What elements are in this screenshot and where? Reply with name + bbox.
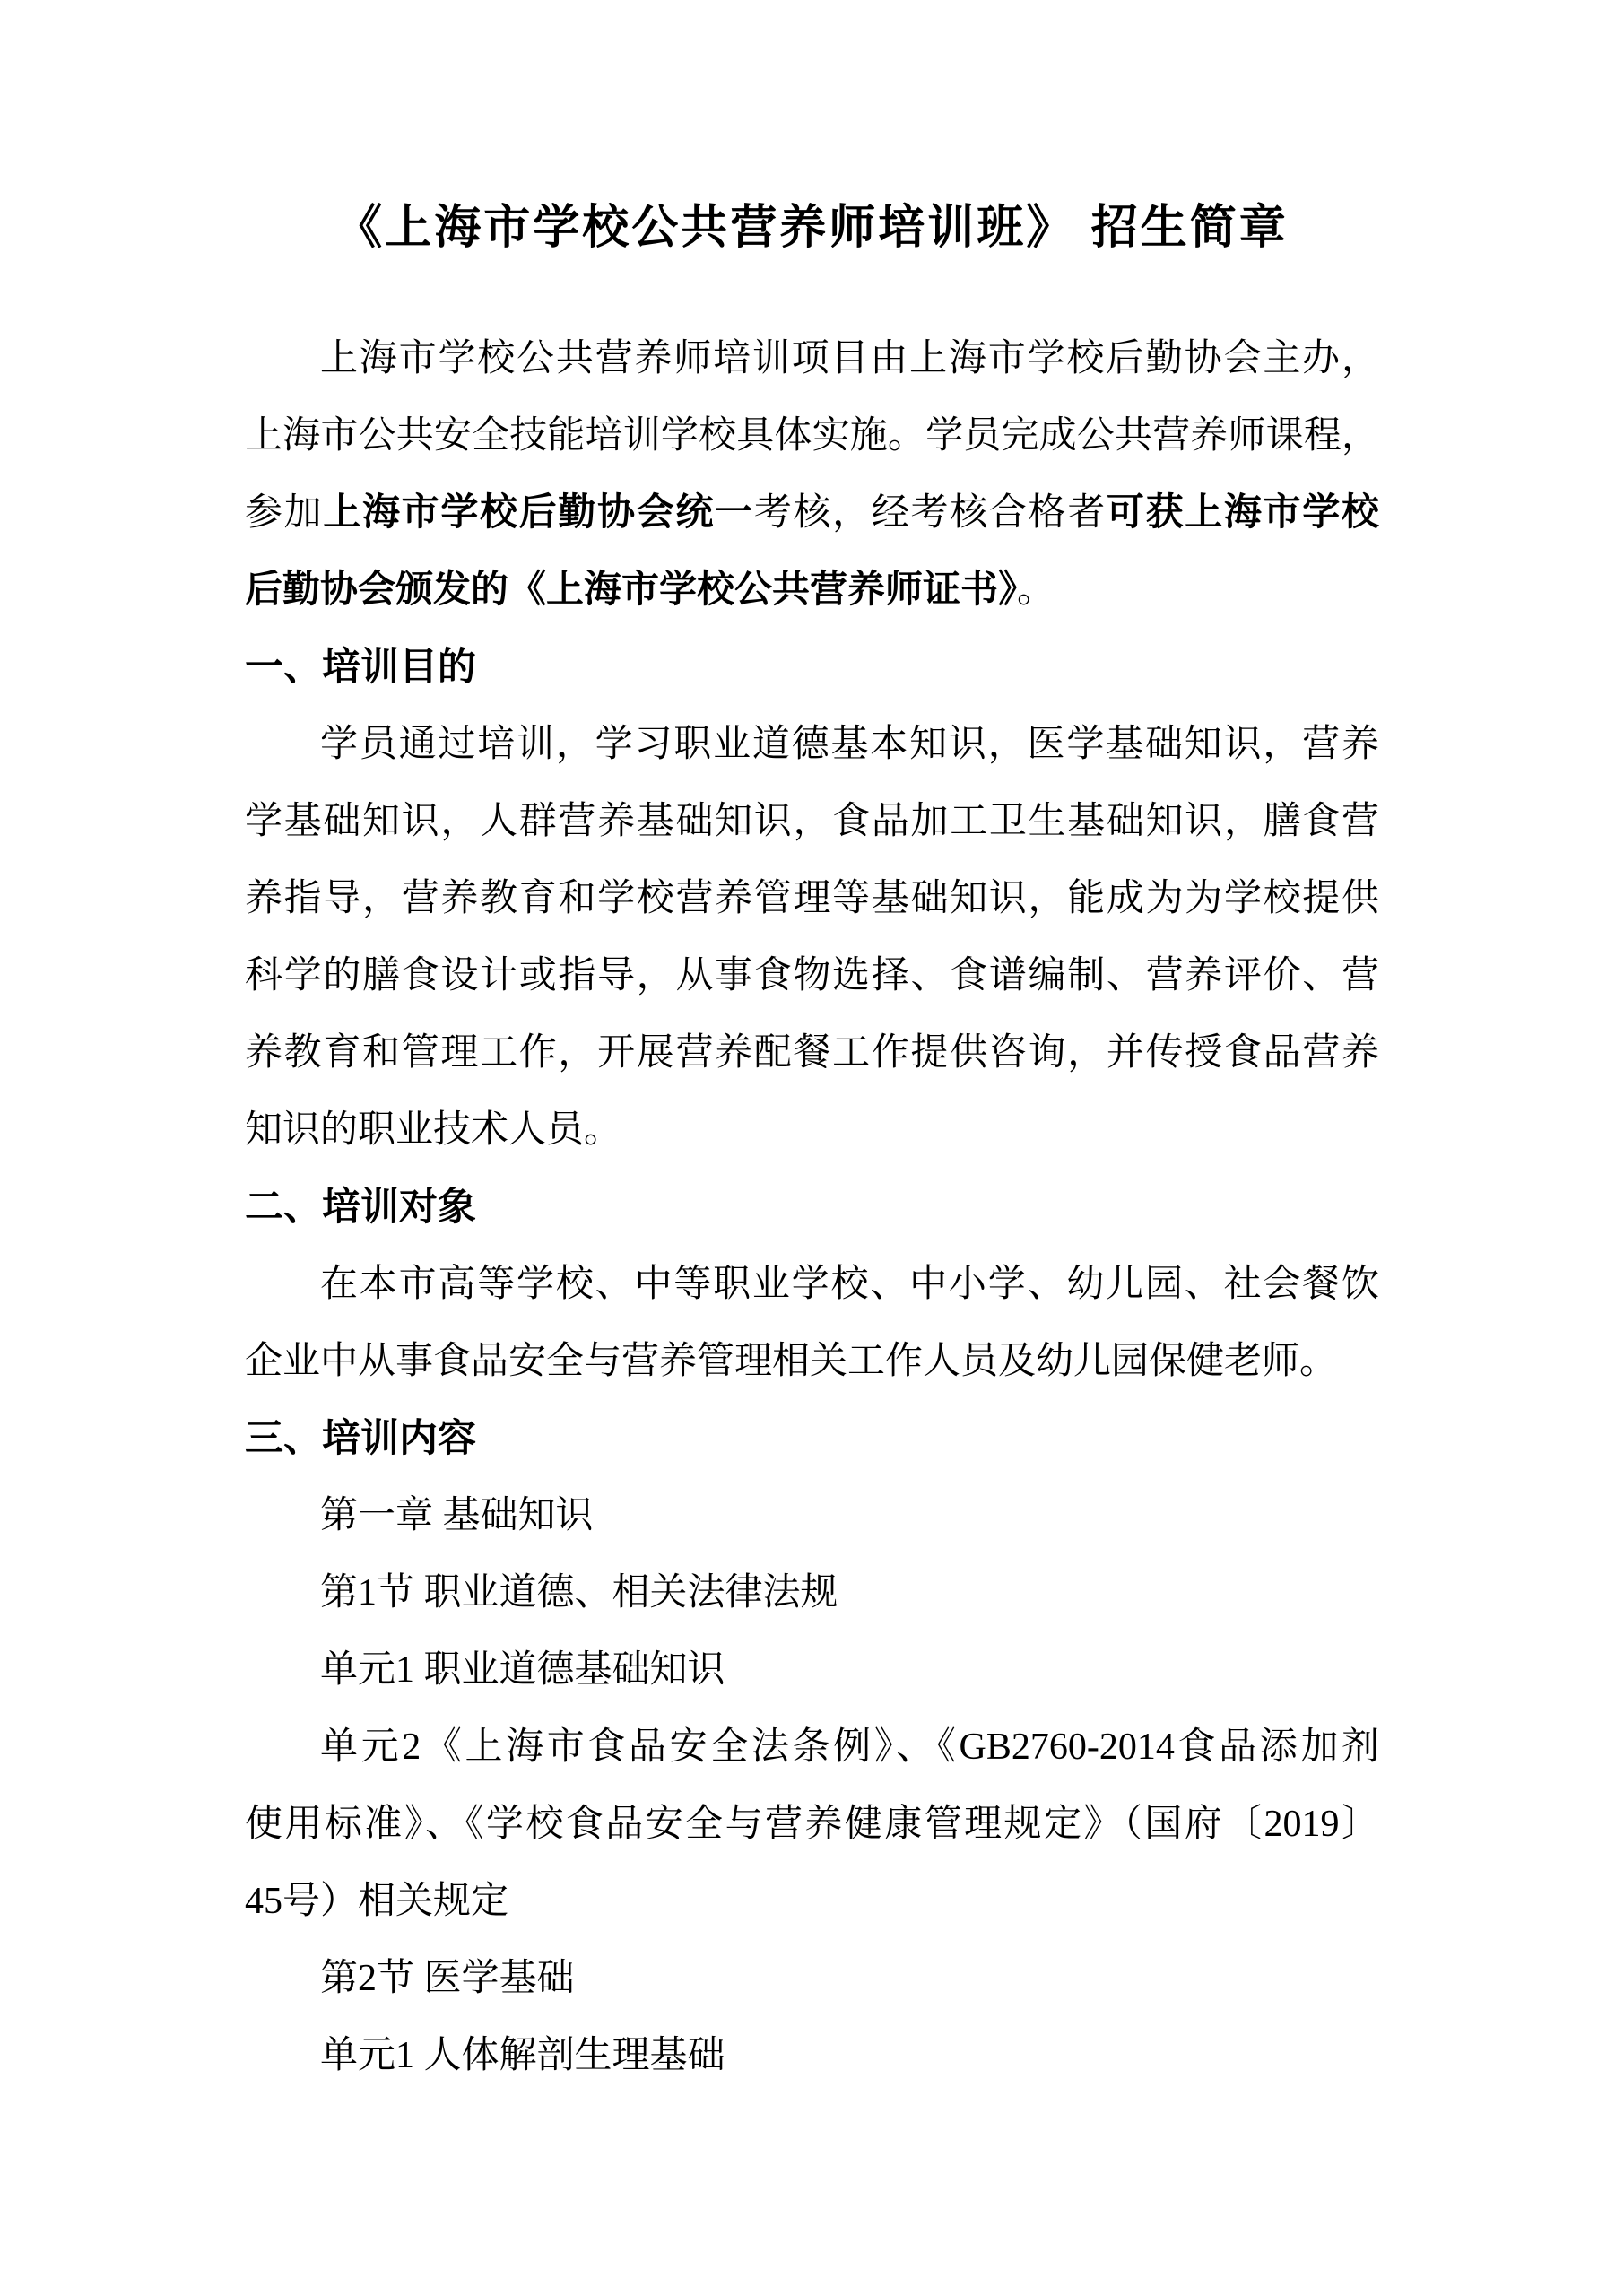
- doc-line: 上海市公共安全技能培训学校具体实施。学员完成公共营养师课程，: [245, 397, 1379, 474]
- text-run: 在本市高等学校、中等职业学校、中小学、幼儿园、社会餐饮: [320, 1264, 1379, 1305]
- document-title: 《上海市学校公共营养师培训班》 招生简章: [245, 196, 1379, 259]
- text-run: 第2节 医学基础: [320, 1958, 575, 1999]
- doc-line: 企业中从事食品安全与营养管理相关工作人员及幼儿园保健老师。: [245, 1323, 1379, 1400]
- text-run: 第一章 基础知识: [320, 1495, 594, 1536]
- doc-line: 参加上海市学校后勤协会统一考核，经考核合格者可获上海市学校: [245, 474, 1379, 552]
- doc-line: 学员通过培训，学习职业道德基本知识，医学基础知识，营养: [245, 706, 1379, 783]
- section-heading: 三、培训内容: [245, 1400, 1379, 1477]
- text-run: 学基础知识，人群营养基础知识，食品加工卫生基础知识，膳食营: [245, 801, 1379, 842]
- text-run: 上海市公共安全技能培训学校具体实施。学员完成公共营养师课程，: [245, 415, 1379, 457]
- text-run: 考核，经考核合格者: [754, 492, 1107, 534]
- text-run: 单元1 人体解剖生理基础: [320, 2035, 725, 2076]
- text-run: 知识的职业技术人员。: [245, 1109, 621, 1151]
- text-run-bold: 后勤协会颁发的《上海市学校公共营养师证书》: [245, 570, 1017, 611]
- doc-line: 在本市高等学校、中等职业学校、中小学、幼儿园、社会餐饮: [245, 1246, 1379, 1323]
- text-run: 使用标准》、《学校食品安全与营养健康管理规定》（国府〔2019〕: [245, 1804, 1379, 1845]
- document-page: 《上海市学校公共营养师培训班》 招生简章 上海市学校公共营养师培训项目由上海市学…: [0, 0, 1624, 2296]
- doc-line: 第2节 医学基础: [245, 1940, 1379, 2017]
- doc-line: 使用标准》、《学校食品安全与营养健康管理规定》（国府〔2019〕: [245, 1786, 1379, 1863]
- text-run: 单元2《上海市食品安全法条例》、《GB2760-2014食品添加剂: [320, 1726, 1379, 1768]
- text-run: 。: [1017, 570, 1055, 611]
- doc-line: 养指导，营养教育和学校营养管理等基础知识，能成为为学校提供: [245, 860, 1379, 937]
- doc-line: 第一章 基础知识: [245, 1477, 1379, 1554]
- text-run: 45号）相关规定: [245, 1881, 508, 1922]
- doc-line: 学基础知识，人群营养基础知识，食品加工卫生基础知识，膳食营: [245, 783, 1379, 860]
- doc-line: 后勤协会颁发的《上海市学校公共营养师证书》。: [245, 552, 1379, 629]
- document-body: 上海市学校公共营养师培训项目由上海市学校后勤协会主办，上海市公共安全技能培训学校…: [245, 320, 1379, 2094]
- doc-line: 科学的膳食设计或指导，从事食物选择、食谱编制、营养评价、营: [245, 937, 1379, 1014]
- doc-line: 单元1 人体解剖生理基础: [245, 2017, 1379, 2094]
- text-run: 养指导，营养教育和学校营养管理等基础知识，能成为为学校提供: [245, 878, 1379, 919]
- doc-line: 单元2《上海市食品安全法条例》、《GB2760-2014食品添加剂: [245, 1709, 1379, 1786]
- text-run: 企业中从事食品安全与营养管理相关工作人员及幼儿园保健老师。: [245, 1341, 1337, 1382]
- section-heading: 一、培训目的: [245, 629, 1379, 706]
- text-run: 二、培训对象: [245, 1186, 476, 1229]
- text-run: 上海市学校公共营养师培训项目由上海市学校后勤协会主办，: [320, 338, 1379, 379]
- section-heading: 二、培训对象: [245, 1169, 1379, 1246]
- doc-line: 45号）相关规定: [245, 1863, 1379, 1940]
- text-run: 一、培训目的: [245, 646, 476, 689]
- text-run: 参加: [245, 492, 323, 534]
- text-run: 养教育和管理工作，开展营养配餐工作提供咨询，并传授食品营养: [245, 1032, 1379, 1074]
- text-run: 学员通过培训，学习职业道德基本知识，医学基础知识，营养: [320, 724, 1379, 765]
- text-run-bold: 可获上海市学校: [1107, 492, 1379, 534]
- doc-line: 单元1 职业道德基础知识: [245, 1631, 1379, 1709]
- text-run: 单元1 职业道德基础知识: [320, 1649, 725, 1691]
- text-run-bold: 上海市学校后勤协会统一: [323, 492, 753, 534]
- doc-line: 养教育和管理工作，开展营养配餐工作提供咨询，并传授食品营养: [245, 1014, 1379, 1091]
- doc-line: 上海市学校公共营养师培训项目由上海市学校后勤协会主办，: [245, 320, 1379, 397]
- text-run: 科学的膳食设计或指导，从事食物选择、食谱编制、营养评价、营: [245, 955, 1379, 996]
- doc-line: 知识的职业技术人员。: [245, 1091, 1379, 1169]
- text-run: 第1节 职业道德、相关法律法规: [320, 1572, 838, 1613]
- text-run: 三、培训内容: [245, 1417, 476, 1460]
- doc-line: 第1节 职业道德、相关法律法规: [245, 1554, 1379, 1631]
